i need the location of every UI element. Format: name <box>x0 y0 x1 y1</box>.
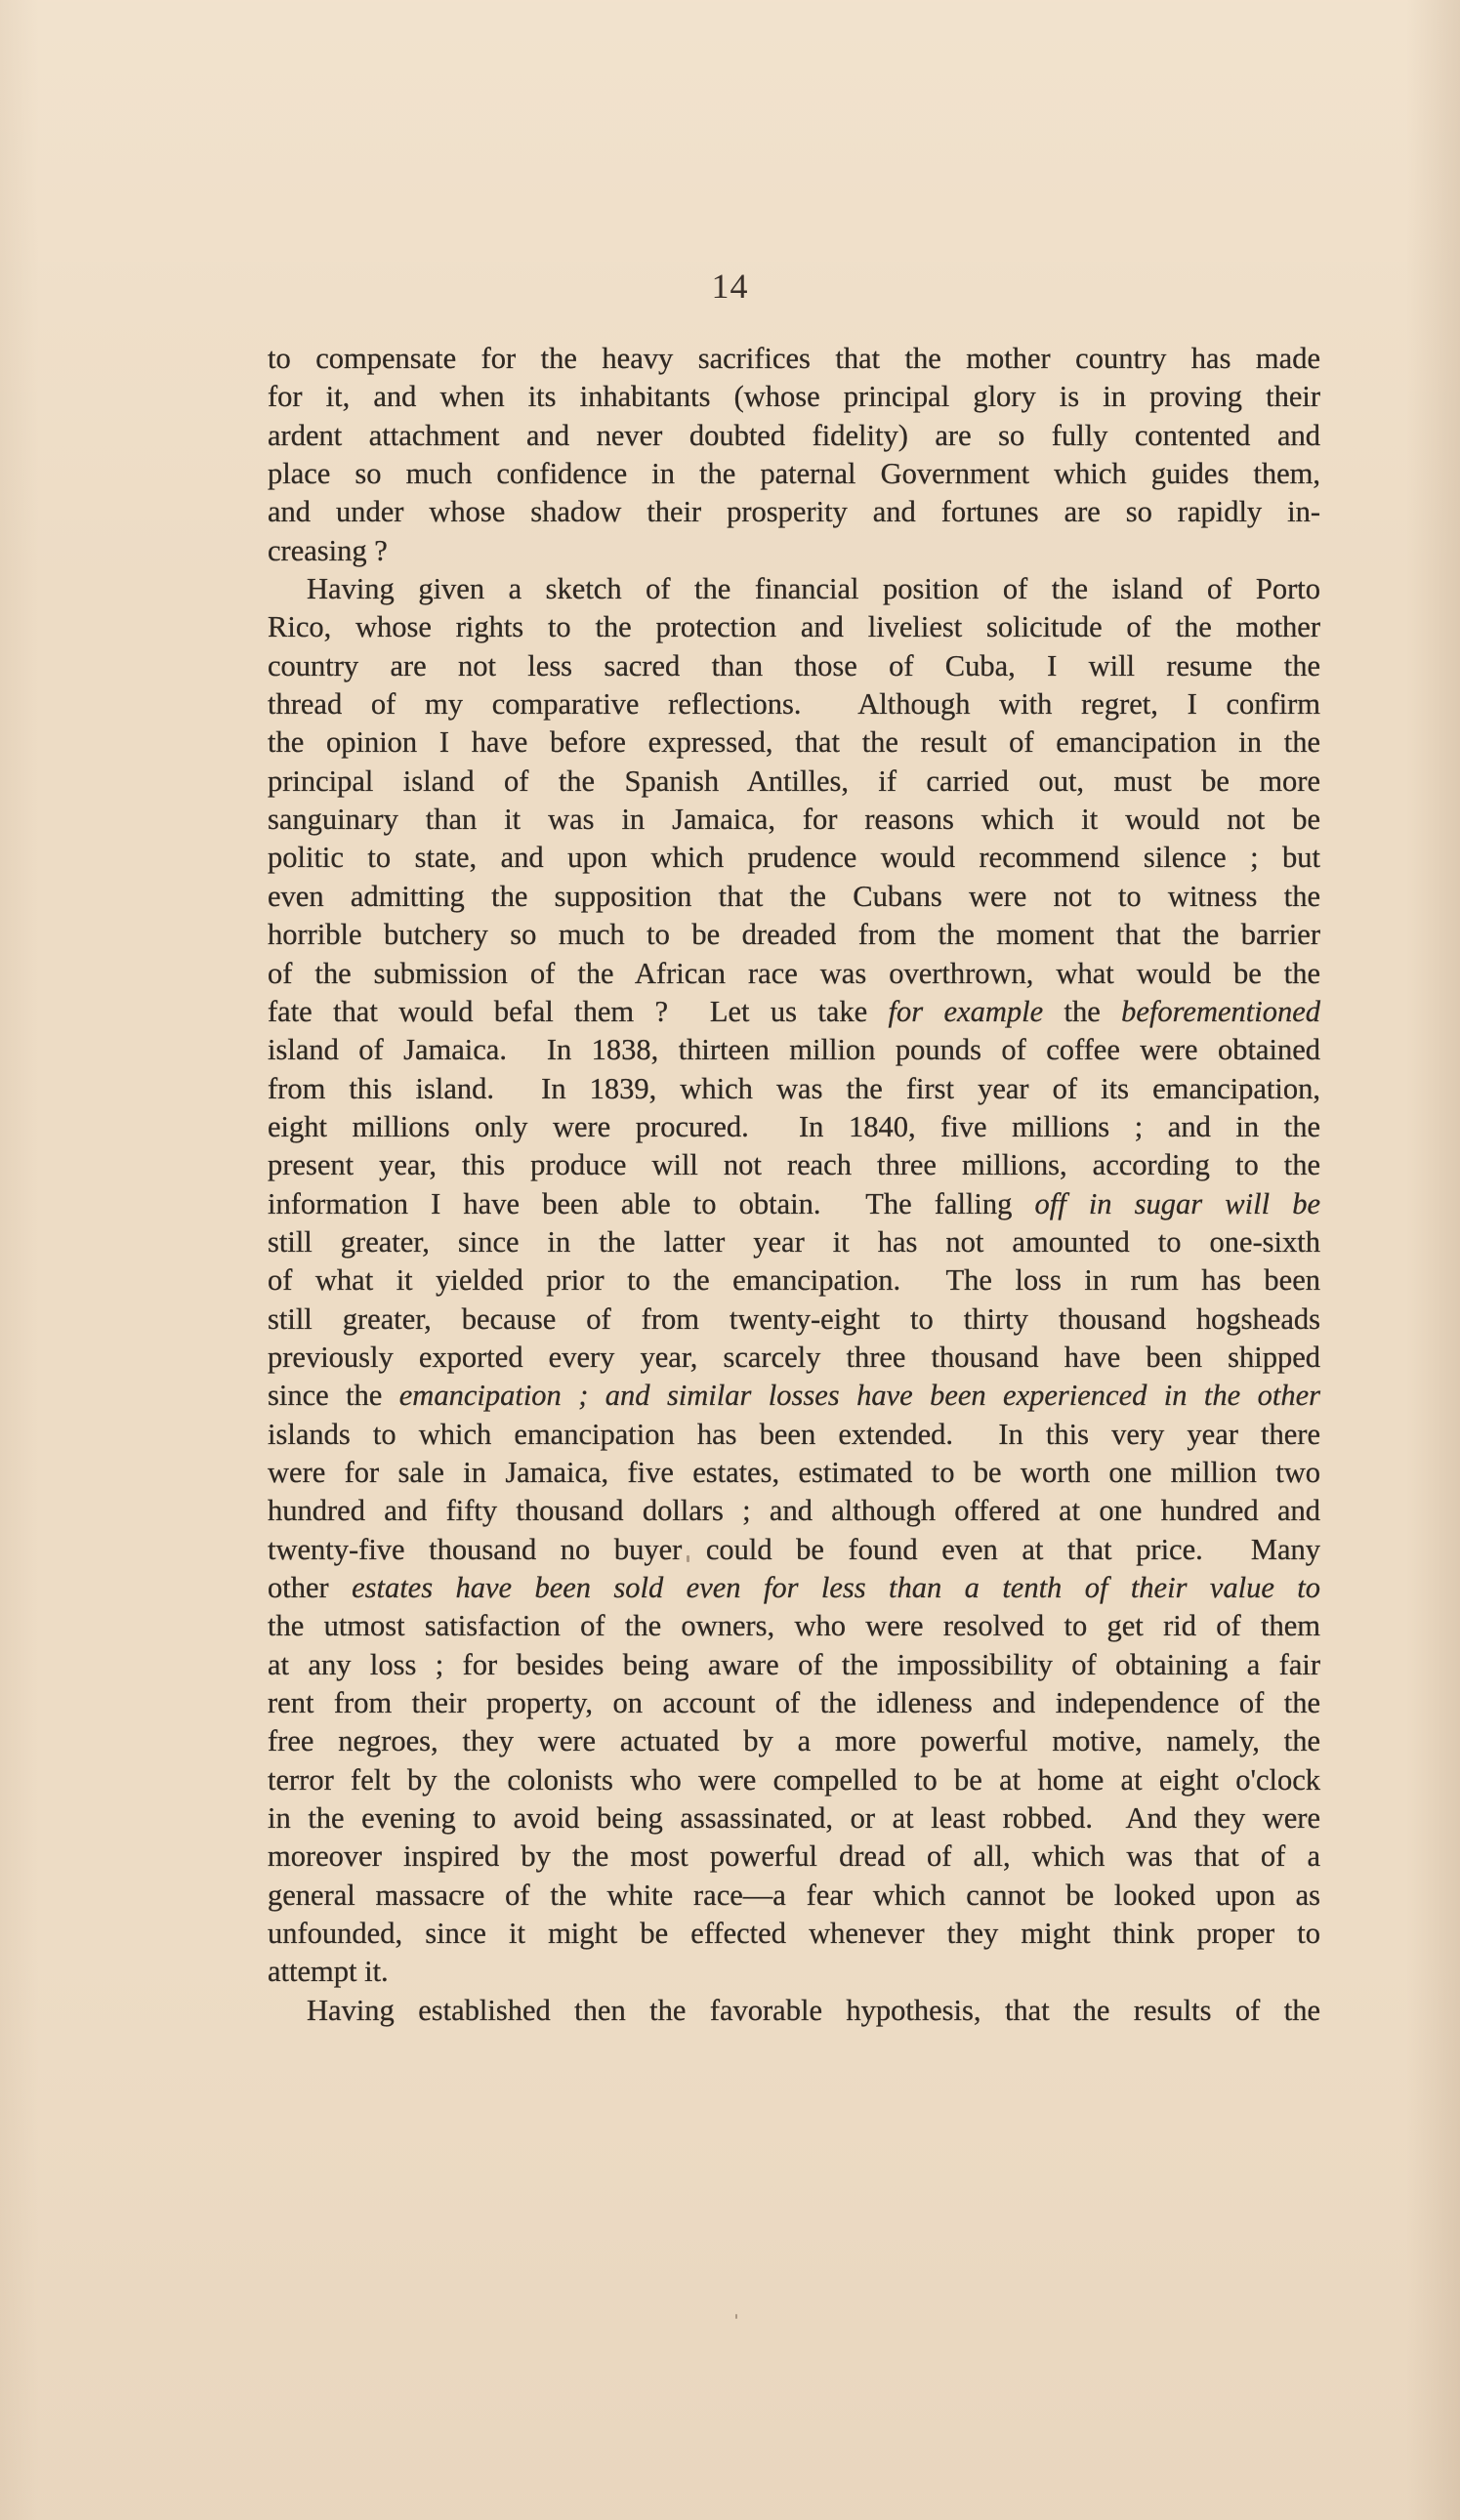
text-segment: politic to state, and upon which prudenc… <box>268 841 1320 874</box>
text-segment: unfounded, since it might be effected wh… <box>268 1917 1320 1950</box>
text-line: for it, and when its inhabitants (whose … <box>268 378 1320 416</box>
text-line: islands to which emancipation has been e… <box>268 1416 1320 1454</box>
text-segment: ardent attachment and never doubted fide… <box>268 419 1320 452</box>
body-text: to compensate for the heavy sacrifices t… <box>268 340 1320 2030</box>
text-line: since the emancipation ; and similar los… <box>268 1377 1320 1415</box>
text-segment: at any loss ; for besides being aware of… <box>268 1648 1320 1681</box>
text-segment: creasing ? <box>268 534 388 567</box>
text-segment: principal island of the Spanish Antilles… <box>268 764 1320 798</box>
text-segment: since the <box>268 1379 399 1412</box>
text-line: free negroes, they were actuated by a mo… <box>268 1722 1320 1760</box>
text-line: creasing ? <box>268 532 1320 570</box>
text-segment: rent from their property, on account of … <box>268 1686 1320 1719</box>
text-line: principal island of the Spanish Antilles… <box>268 763 1320 801</box>
text-segment: to compensate for the heavy sacrifices t… <box>268 342 1320 375</box>
paper-blemish <box>735 2314 737 2319</box>
text-segment: fate that would befal them ? Let us take <box>268 995 889 1028</box>
text-line: sanguinary than it was in Jamaica, for r… <box>268 801 1320 839</box>
text-segment: country are not less sacred than those o… <box>268 649 1320 682</box>
text-line: fate that would befal them ? Let us take… <box>268 993 1320 1031</box>
text-segment: attempt it. <box>268 1955 389 1988</box>
text-line: even admitting the supposition that the … <box>268 878 1320 916</box>
text-line: eight millions only were procured. In 18… <box>268 1108 1320 1146</box>
text-segment: other <box>268 1571 352 1604</box>
italic-text-segment: estates have been sold even for less tha… <box>352 1571 1320 1604</box>
text-line: hundred and fifty thousand dollars ; and… <box>268 1492 1320 1530</box>
text-line: present year, this produce will not reac… <box>268 1146 1320 1184</box>
text-segment: Rico, whose rights to the protection and… <box>268 610 1320 643</box>
text-segment: in the evening to avoid being assassinat… <box>268 1801 1320 1835</box>
text-line: were for sale in Jamaica, five estates, … <box>268 1454 1320 1492</box>
text-segment: horrible butchery so much to be dreaded … <box>268 918 1320 951</box>
text-segment: twenty-five thousand no buyer could be f… <box>268 1533 1320 1566</box>
text-line: twenty-five thousand no buyer could be f… <box>268 1531 1320 1569</box>
text-segment: previously exported every year, scarcely… <box>268 1341 1320 1374</box>
text-segment: Having given a sketch of the financial p… <box>307 572 1320 605</box>
text-segment: from this island. In 1839, which was the… <box>268 1072 1320 1105</box>
text-segment: even admitting the supposition that the … <box>268 880 1320 913</box>
text-segment: still greater, because of from twenty-ei… <box>268 1302 1320 1336</box>
text-segment: place so much confidence in the paternal… <box>268 457 1320 490</box>
text-line: still greater, because of from twenty-ei… <box>268 1301 1320 1339</box>
text-segment: terror felt by the colonists who were co… <box>268 1763 1320 1797</box>
text-segment: general massacre of the white race—a fea… <box>268 1879 1320 1912</box>
text-segment: were for sale in Jamaica, five estates, … <box>268 1456 1320 1489</box>
page-number: 14 <box>0 266 1460 307</box>
text-line: place so much confidence in the paternal… <box>268 455 1320 493</box>
text-line: Having established then the favorable hy… <box>268 1992 1320 2030</box>
text-line: the opinion I have before expressed, tha… <box>268 723 1320 762</box>
text-segment: islands to which emancipation has been e… <box>268 1418 1320 1451</box>
text-line: Having given a sketch of the financial p… <box>268 570 1320 608</box>
text-segment: the <box>1043 995 1121 1028</box>
text-line: country are not less sacred than those o… <box>268 647 1320 685</box>
text-line: attempt it. <box>268 1953 1320 1991</box>
text-line: politic to state, and upon which prudenc… <box>268 839 1320 877</box>
italic-text-segment: beforementioned <box>1121 995 1320 1028</box>
text-line: general massacre of the white race—a fea… <box>268 1877 1320 1915</box>
text-segment: free negroes, they were actuated by a mo… <box>268 1724 1320 1757</box>
text-line: Rico, whose rights to the protection and… <box>268 608 1320 646</box>
text-line: at any loss ; for besides being aware of… <box>268 1646 1320 1684</box>
text-segment: information I have been able to obtain. … <box>268 1187 1035 1220</box>
text-segment: island of Jamaica. In 1838, thirteen mil… <box>268 1033 1320 1066</box>
text-segment: the opinion I have before expressed, tha… <box>268 725 1320 759</box>
text-segment: sanguinary than it was in Jamaica, for r… <box>268 803 1320 836</box>
text-segment: of what it yielded prior to the emancipa… <box>268 1263 1320 1297</box>
text-line: and under whose shadow their prosperity … <box>268 493 1320 531</box>
text-line: island of Jamaica. In 1838, thirteen mil… <box>268 1031 1320 1069</box>
text-segment: hundred and fifty thousand dollars ; and… <box>268 1494 1320 1527</box>
paper-blemish <box>687 1555 689 1562</box>
text-segment: Having established then the favorable hy… <box>307 1994 1320 2027</box>
text-line: from this island. In 1839, which was the… <box>268 1070 1320 1108</box>
text-line: information I have been able to obtain. … <box>268 1185 1320 1223</box>
text-line: rent from their property, on account of … <box>268 1684 1320 1722</box>
text-segment: eight millions only were procured. In 18… <box>268 1110 1320 1143</box>
text-line: terror felt by the colonists who were co… <box>268 1761 1320 1799</box>
text-line: of what it yielded prior to the emancipa… <box>268 1261 1320 1300</box>
text-line: other estates have been sold even for le… <box>268 1569 1320 1607</box>
text-line: horrible butchery so much to be dreaded … <box>268 916 1320 954</box>
text-segment: of the submission of the African race wa… <box>268 957 1320 990</box>
italic-text-segment: emancipation ; and similar losses have b… <box>399 1379 1320 1412</box>
text-segment: moreover inspired by the most powerful d… <box>268 1839 1320 1873</box>
text-segment: still greater, since in the latter year … <box>268 1225 1320 1259</box>
text-line: thread of my comparative reflections. Al… <box>268 685 1320 723</box>
text-line: moreover inspired by the most powerful d… <box>268 1838 1320 1876</box>
italic-text-segment: off in sugar will be <box>1035 1187 1321 1220</box>
text-segment: for it, and when its inhabitants (whose … <box>268 380 1320 413</box>
text-segment: present year, this produce will not reac… <box>268 1148 1320 1181</box>
text-line: to compensate for the heavy sacrifices t… <box>268 340 1320 378</box>
text-segment: thread of my comparative reflections. Al… <box>268 687 1320 721</box>
text-line: previously exported every year, scarcely… <box>268 1339 1320 1377</box>
text-line: in the evening to avoid being assassinat… <box>268 1799 1320 1838</box>
text-segment: the utmost satisfaction of the owners, w… <box>268 1609 1320 1642</box>
text-line: of the submission of the African race wa… <box>268 955 1320 993</box>
text-line: unfounded, since it might be effected wh… <box>268 1915 1320 1953</box>
text-line: the utmost satisfaction of the owners, w… <box>268 1607 1320 1645</box>
text-line: ardent attachment and never doubted fide… <box>268 417 1320 455</box>
text-segment: and under whose shadow their prosperity … <box>268 495 1320 528</box>
italic-text-segment: for example <box>889 995 1044 1028</box>
text-line: still greater, since in the latter year … <box>268 1223 1320 1261</box>
